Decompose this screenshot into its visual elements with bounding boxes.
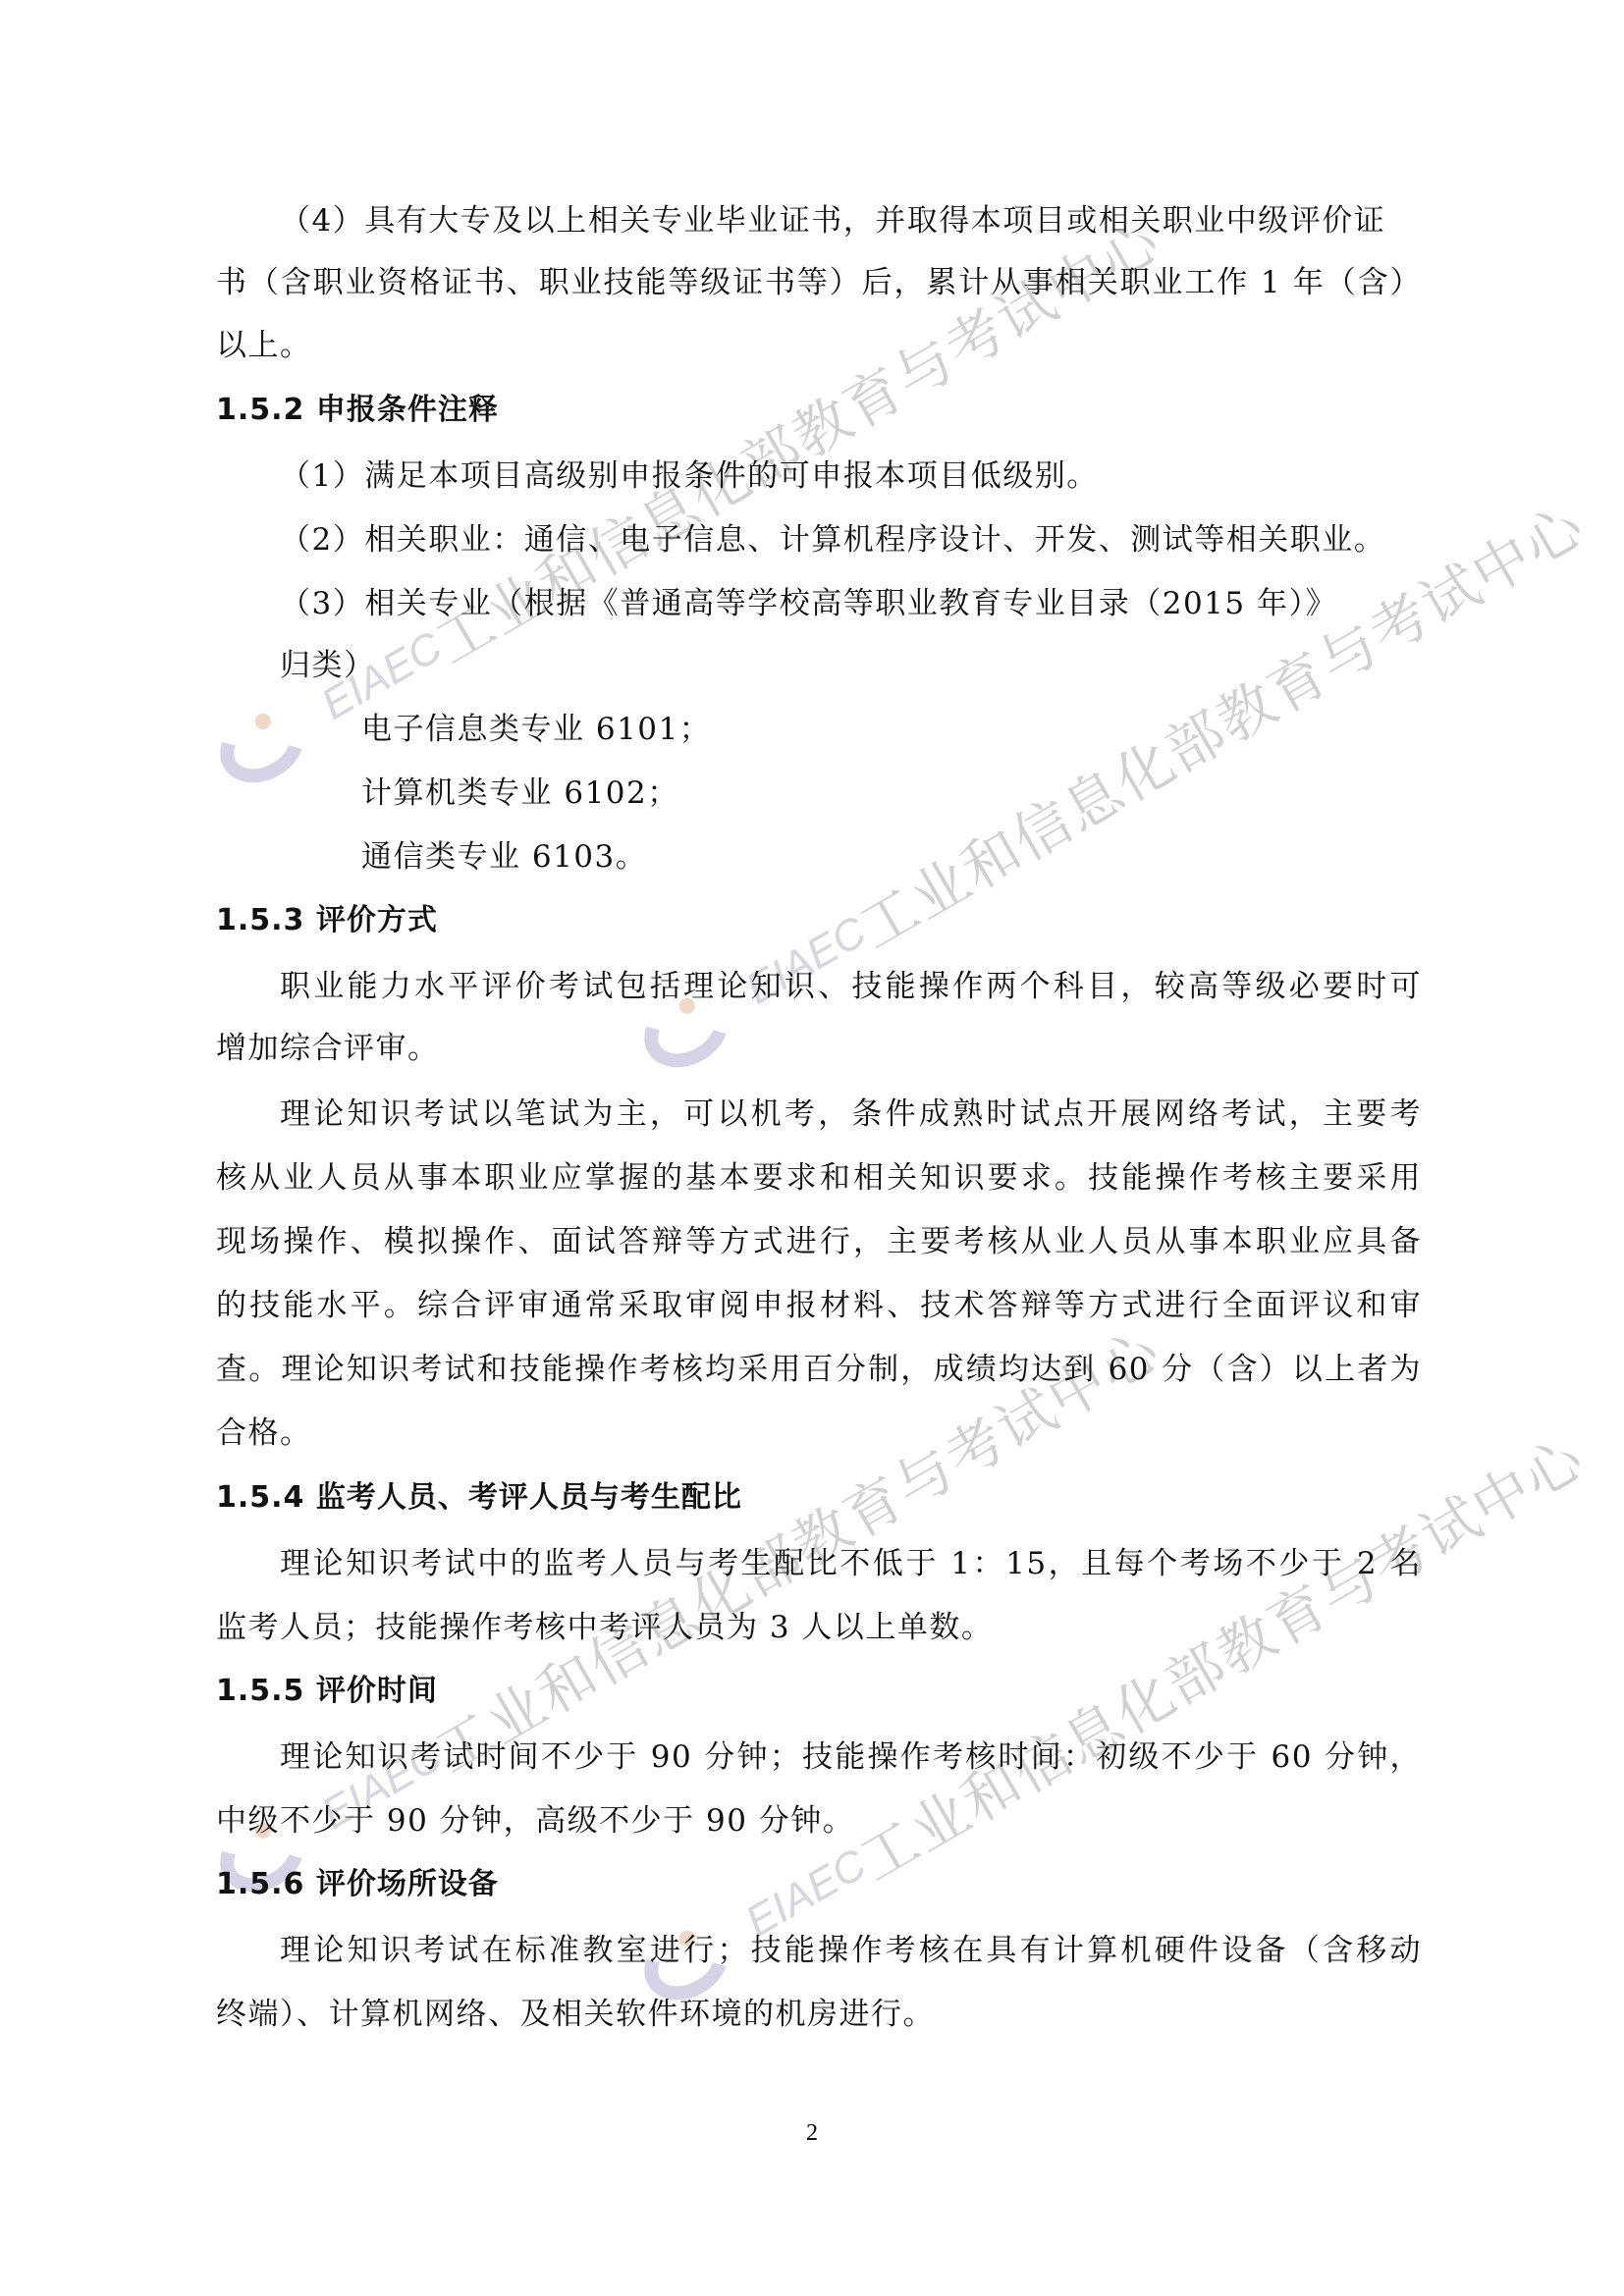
major-item: 电子信息类专业 6101； (361, 710, 711, 749)
document-page: EIAEC工业和信息化部教育与考试中心 EIAEC工业和信息化部教育与考试中心 … (0, 0, 1624, 2296)
paragraph-line: 现场操作、模拟操作、面试答辩等方式进行，主要考核从业人员从事本职业应具备 (216, 1222, 1422, 1261)
paragraph-line: 理论知识考试在标准教室进行；技能操作考核在具有计算机硬件设备（含移动 (280, 1931, 1422, 1970)
major-item: 计算机类专业 6102； (361, 774, 679, 813)
paragraph-line: 职业能力水平评价考试包括理论知识、技能操作两个科目，较高等级必要时可 (280, 967, 1422, 1006)
note-item: （3）相关专业（根据《普通高等学校高等职业教育专业目录（2015 年）》 (280, 584, 1337, 623)
ceiaec-logo-icon (207, 679, 344, 798)
note-item: （2）相关职业：通信、电子信息、计算机程序设计、开发、测试等相关职业。 (280, 520, 1385, 560)
paragraph-line: 合格。 (216, 1414, 312, 1453)
paragraph-line: 理论知识考试时间不少于 90 分钟；技能操作考核时间：初级不少于 60 分钟， (280, 1737, 1422, 1777)
section-heading-1-5-5: 1.5.5 评价时间 (216, 1672, 438, 1711)
note-item: （1）满足本项目高级别申报条件的可申报本项目低级别。 (280, 456, 1099, 496)
paragraph-line: 终端）、计算机网络、及相关软件环境的机房进行。 (216, 1995, 935, 2034)
paragraph-line: 监考人员；技能操作考核中考评人员为 3 人以上单数。 (216, 1608, 993, 1647)
paragraph-line: 理论知识考试以笔试为主，可以机考，条件成熟时试点开展网络考试，主要考 (280, 1095, 1422, 1134)
paragraph-line: 核从业人员从事本职业应掌握的基本要求和相关知识要求。技能操作考核主要采用 (216, 1158, 1422, 1198)
paragraph-line: 中级不少于 90 分钟，高级不少于 90 分钟。 (216, 1801, 854, 1841)
major-item: 通信类专业 6103。 (361, 837, 647, 877)
paragraph-line: 书（含职业资格证书、职业技能等级证书等）后，累计从事相关职业工作 1 年（含） (216, 263, 1422, 302)
paragraph-line: 增加综合评审。 (216, 1029, 440, 1068)
paragraph-line: 以上。 (216, 326, 312, 365)
paragraph-line: 的技能水平。综合评审通常采取审阅申报材料、技术答辩等方式进行全面评议和审 (216, 1286, 1422, 1325)
section-heading-1-5-3: 1.5.3 评价方式 (216, 901, 438, 940)
paragraph-line: 查。理论知识考试和技能操作考核均采用百分制，成绩均达到 60 分（含）以上者为 (216, 1350, 1422, 1389)
section-heading-1-5-4: 1.5.4 监考人员、考评人员与考生配比 (216, 1478, 742, 1518)
watermark: EIAEC工业和信息化部教育与考试中心 (627, 1414, 1597, 2021)
note-item: 归类） (280, 646, 376, 685)
section-heading-1-5-2: 1.5.2 申报条件注释 (216, 391, 499, 430)
section-heading-1-5-6: 1.5.6 评价场所设备 (216, 1865, 499, 1904)
page-number: 2 (0, 2120, 1624, 2147)
paragraph-line: 理论知识考试中的监考人员与考生配比不低于 1：15，且每个考场不少于 2 名 (280, 1544, 1422, 1583)
paragraph-line: （4）具有大专及以上相关专业毕业证书，并取得本项目或相关职业中级评价证 (280, 201, 1385, 240)
